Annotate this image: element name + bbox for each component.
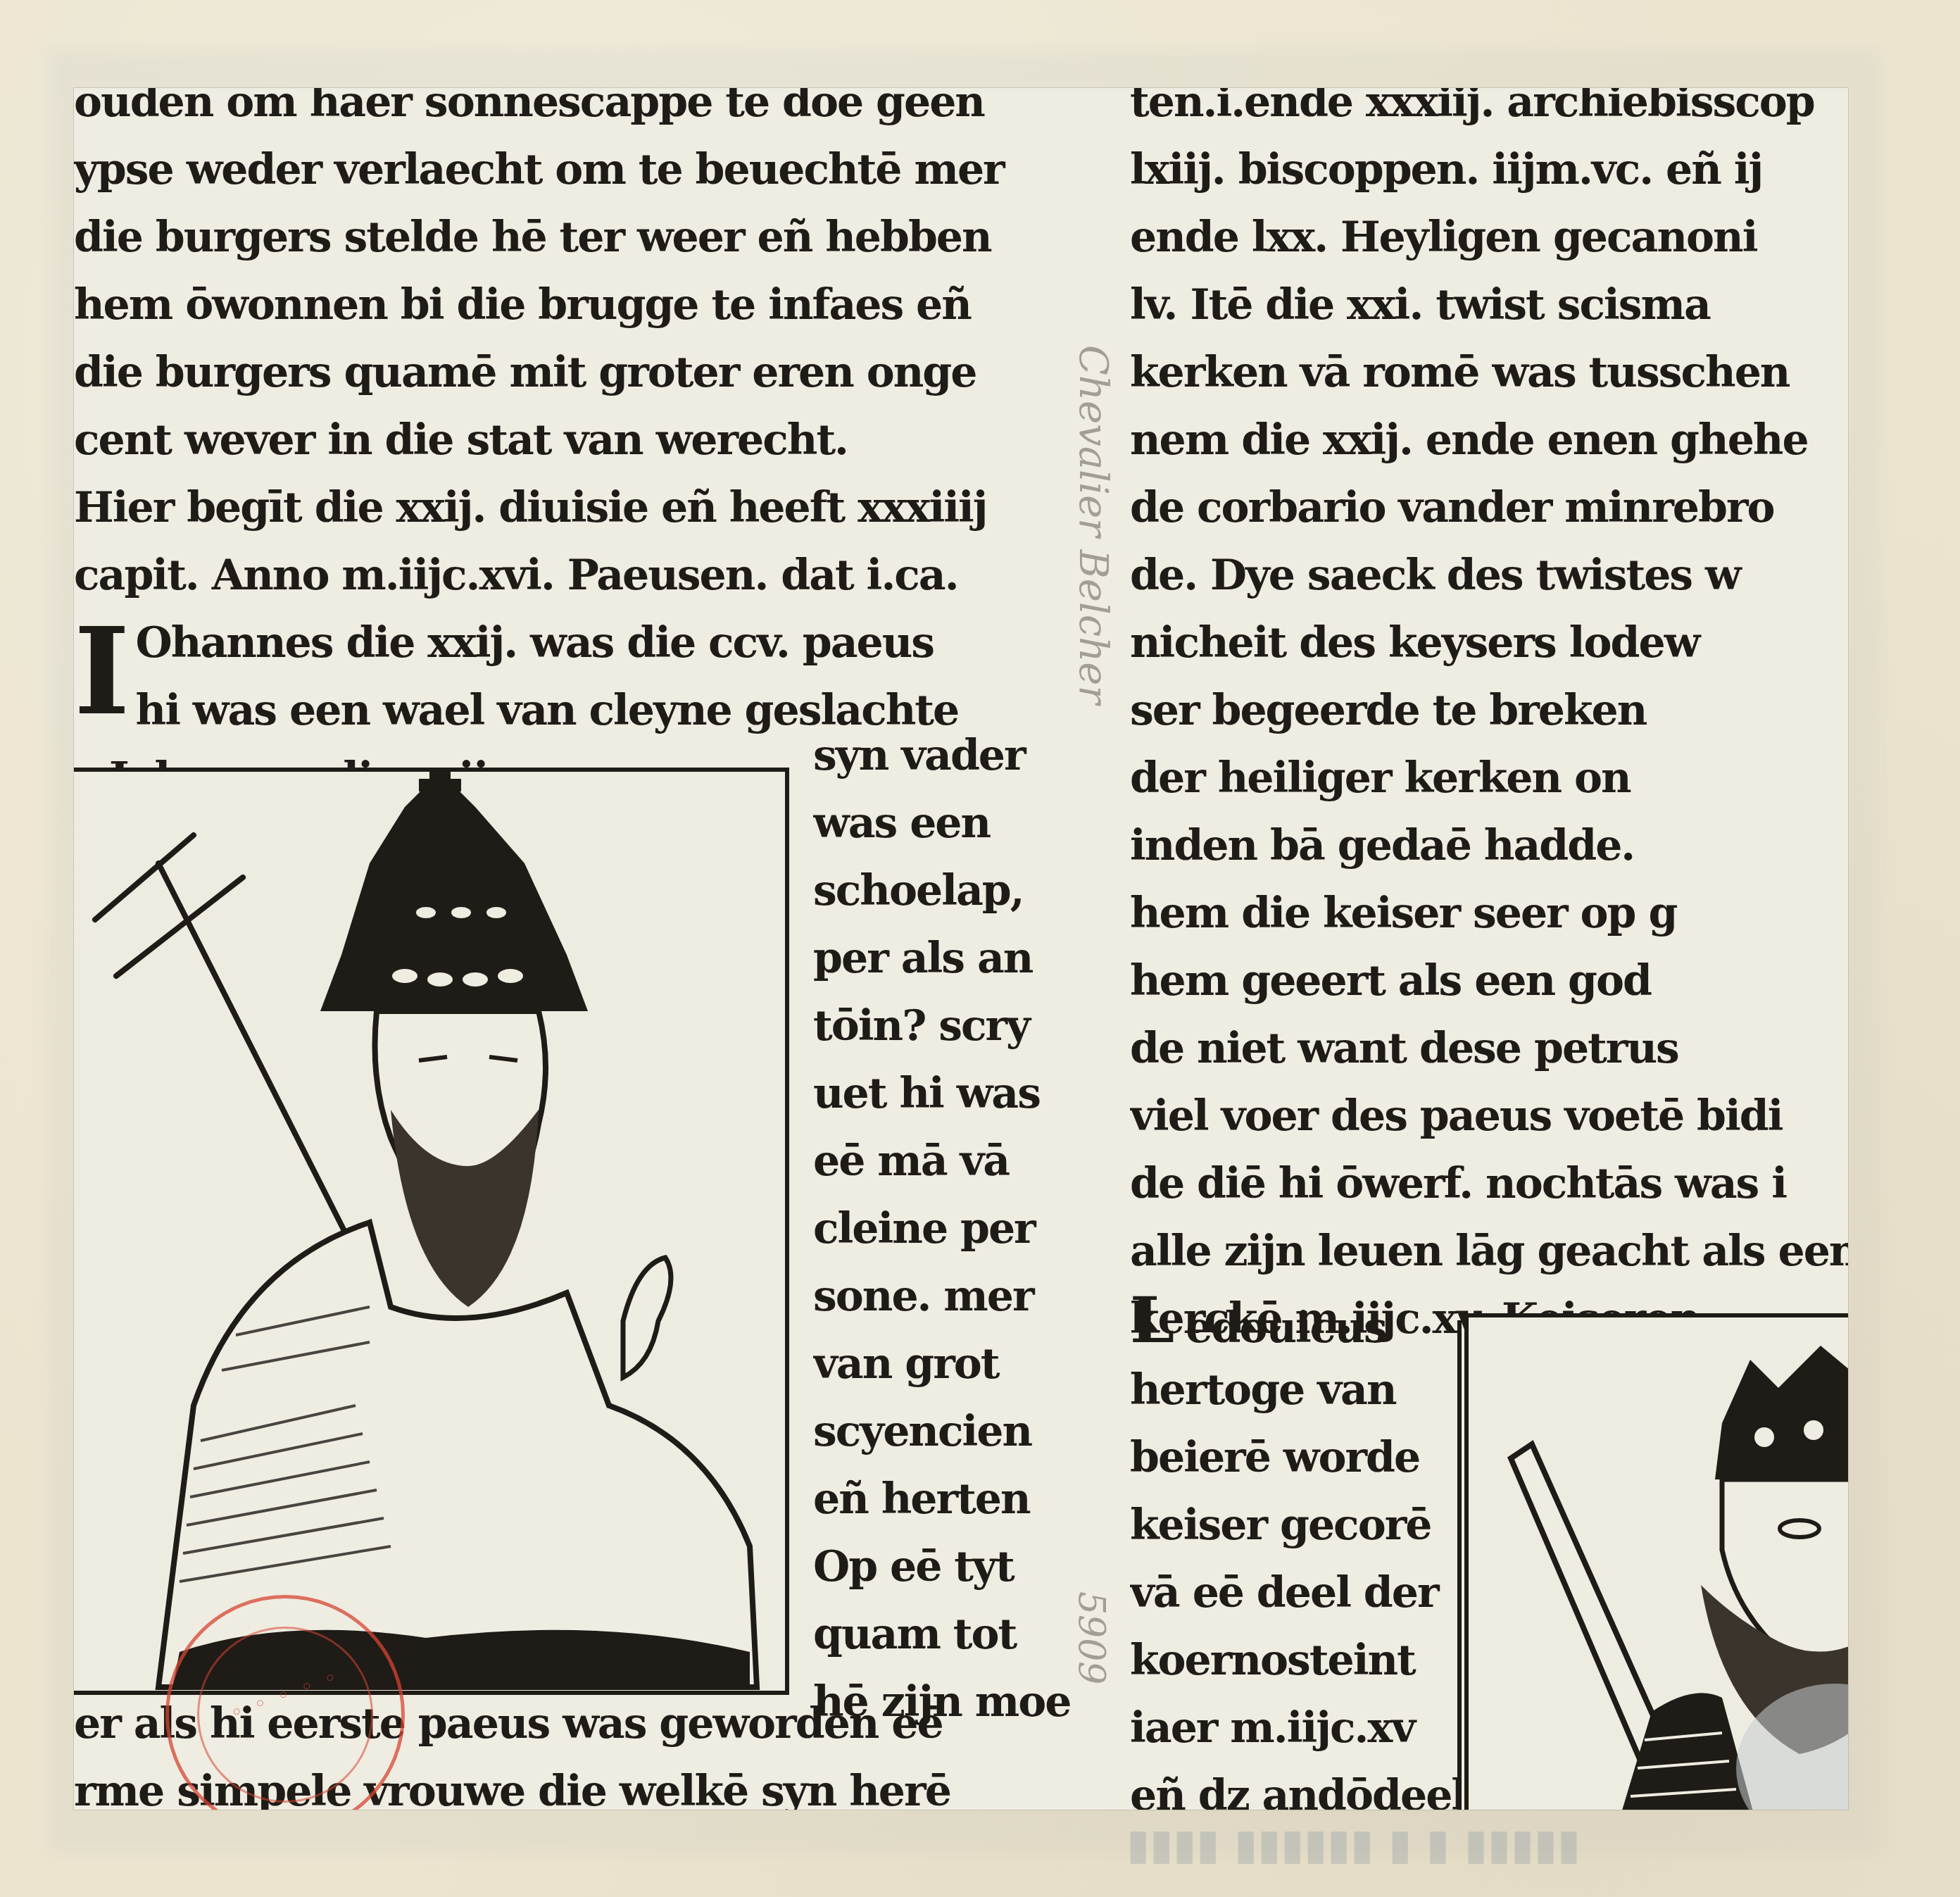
text-line: die burgers quamē mit groter eren onge xyxy=(74,339,1067,406)
text-line: Ohannes die xxij. was die ccv. paeus xyxy=(136,609,1067,677)
text-line: ten.i.ende xxxiij. archiebisscop xyxy=(1130,88,1848,136)
text-line: de diē hi ōwerf. nochtās was i xyxy=(1130,1150,1848,1217)
text-line: hem ōwonnen bi die brugge te infaes eñ xyxy=(74,271,1067,339)
text-line: nem die xxij. ende enen ghehe xyxy=(1130,406,1848,474)
text-beside-pope-woodcut: syn vader was een schoelap, per als an t… xyxy=(813,722,1074,1736)
text-fragment: edouicus xyxy=(1186,1303,1386,1353)
text-line: cent wever in die stat van werecht. xyxy=(74,406,1067,474)
text-line: syn vader xyxy=(813,722,1074,789)
text-line: vā eē deel der xyxy=(1130,1559,1461,1627)
text-line: de. Dye saeck des twistes w xyxy=(1130,541,1848,609)
text-line: der heiliger kerken on xyxy=(1130,744,1848,812)
text-line: Op eē tyt xyxy=(813,1533,1074,1601)
text-beside-emperor-woodcut: Ledouicus hertoge van beierē worde keise… xyxy=(1130,1289,1461,1810)
text-line: de corbario vander minrebro xyxy=(1130,474,1848,541)
text-line: van grot xyxy=(813,1330,1074,1398)
drop-cap-initial: L xyxy=(1130,1289,1173,1352)
text-line: uet hi was xyxy=(813,1060,1074,1127)
emperor-figure-icon xyxy=(1469,1317,1848,1810)
text-line: ende lxx. Heyligen gecanoni xyxy=(1130,204,1848,271)
pope-woodcut-illustration xyxy=(74,768,789,1695)
text-line: lxiij. biscoppen. iijm.vc. eñ ij xyxy=(1130,136,1848,204)
text-line: ouden om haer sonnescappe te doe geen xyxy=(74,88,1067,136)
right-column-top: ten.i.ende xxxiij. archiebisscop lxiij. … xyxy=(1130,88,1848,1353)
text-line: iaer m.iijc.xv xyxy=(1130,1694,1461,1762)
text-line: inden bā gedaē hadde. xyxy=(1130,812,1848,879)
text-line: de niet want dese petrus xyxy=(1130,1015,1848,1082)
text-line: schoelap, xyxy=(813,857,1074,925)
text-line: hem geeert als een god xyxy=(1130,947,1848,1015)
text-line: die burgers stelde hē ter weer eñ hebben xyxy=(74,204,1067,271)
chapter-heading-line: Hier begīt die xxij. diuisie eñ heeft xx… xyxy=(74,474,1067,541)
text-line: keiser gecorē xyxy=(1130,1491,1461,1559)
woodcut-frame-rule xyxy=(1457,1320,1462,1810)
text-line: alle zijn leuen lāg geacht als een xyxy=(1130,1217,1848,1285)
left-column-top: ouden om haer sonnescappe te doe geen yp… xyxy=(74,88,1067,812)
text-line: scyencien xyxy=(813,1398,1074,1465)
text-line: eē mā vā xyxy=(813,1127,1074,1195)
text-line: ser begeerde te breken xyxy=(1130,677,1848,744)
chronicle-leaf: ouden om haer sonnescappe te doe geen yp… xyxy=(74,88,1848,1810)
pencil-annotation-number: 5909 xyxy=(1070,1591,1112,1684)
text-line: was een xyxy=(813,789,1074,857)
pencil-annotation-name: Chevalier Belcher xyxy=(1070,345,1116,704)
emperor-woodcut-illustration xyxy=(1464,1313,1848,1810)
text-line: sone. mer xyxy=(813,1263,1074,1330)
text-line: kerken vā romē was tusschen xyxy=(1130,339,1848,406)
text-line: eñ herten xyxy=(813,1465,1074,1533)
stamp-text: ◦ ◦ ◦ ◦ ◦ xyxy=(172,1644,398,1747)
show-through-text: ▮▮▮▮ ▮▮▮▮▮▮ ▮ ▮ ▮▮▮▮▮ xyxy=(1126,1820,1581,1870)
text-line: eñ dz andōdeel xyxy=(1130,1762,1461,1810)
drop-cap-initial: I xyxy=(74,612,129,739)
text-line: ypse weder verlaecht om te beuechtē mer xyxy=(74,136,1067,204)
text-line: koernosteint xyxy=(1130,1627,1461,1694)
text-line: tōin? scry xyxy=(813,992,1074,1060)
text-line: viel voer des paeus voetē bidi xyxy=(1130,1082,1848,1150)
text-line: nicheit des keysers lodew xyxy=(1130,609,1848,677)
chapter-heading-line: capit. Anno m.iijc.xvi. Paeusen. dat i.c… xyxy=(74,541,1067,609)
text-line: quam tot xyxy=(813,1601,1074,1668)
text-line: per als an xyxy=(813,925,1074,992)
text-line: cleine per xyxy=(813,1195,1074,1263)
text-line: hem die keiser seer op g xyxy=(1130,879,1848,947)
chapter-opening-line: Ledouicus xyxy=(1130,1289,1461,1356)
text-line: lv. Itē die xxi. twist scisma xyxy=(1130,271,1848,339)
text-line: hertoge van xyxy=(1130,1356,1461,1424)
text-line: beierē worde xyxy=(1130,1424,1461,1491)
pope-figure-icon xyxy=(74,772,785,1691)
